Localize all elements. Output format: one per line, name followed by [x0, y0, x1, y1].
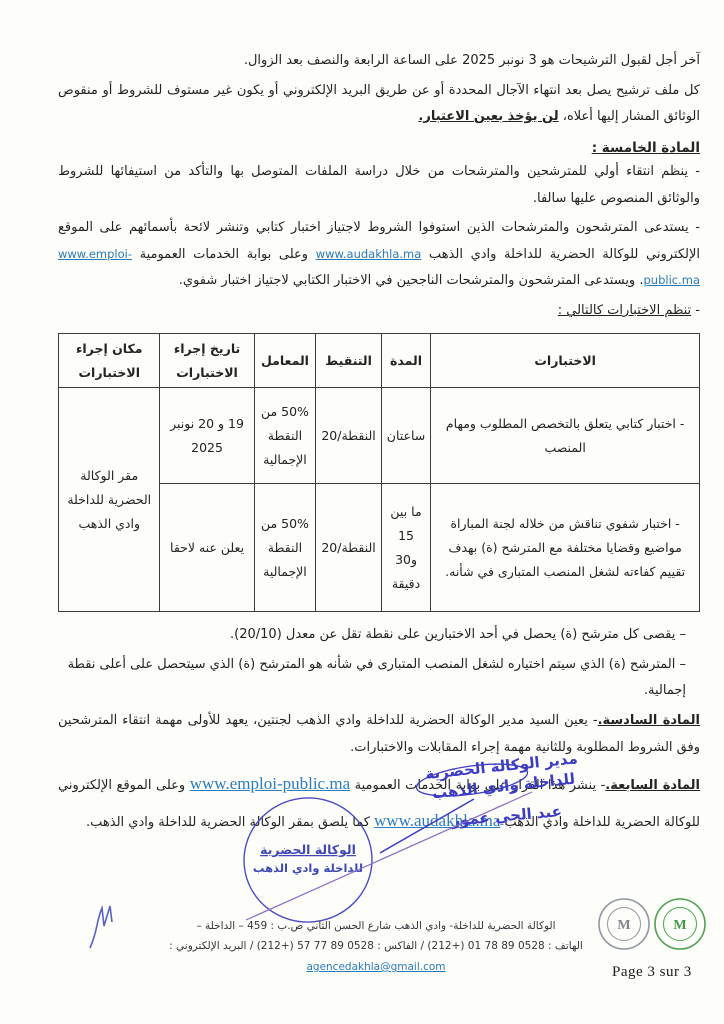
written-test-cell: - اختبار كتابي يتعلق بالتخصص المطلوب ومه…: [431, 388, 700, 484]
oral-duration-cell: ما بين 15 و30 دقيقة: [381, 484, 431, 612]
emploi-public-link-large[interactable]: www.emploi-public.ma: [190, 774, 350, 793]
iso14001-monogram: M: [673, 918, 686, 933]
bullet2-text-3: . ويستدعى المترشحون والمترشحات الناجحين …: [179, 273, 644, 288]
written-scoring-cell: النقطة/20: [316, 388, 381, 484]
article5-bullet1: - ينظم انتقاء أولي للمترشحين والمترشحات …: [58, 159, 700, 212]
article7-paragraph: المادة السابعة.- ينشر هذا القرار على بوا…: [58, 765, 700, 840]
note-elimination: – يقصى كل مترشح (ة) يحصل في أحد الاختبار…: [58, 622, 686, 648]
elimination-notes: – يقصى كل مترشح (ة) يحصل في أحد الاختبار…: [58, 622, 686, 704]
oral-coefficient-cell: 50% من النقطة الإجمالية: [254, 484, 316, 612]
exams-table: الاختبارات المدة التنقيط المعامل تاريخ إ…: [58, 333, 700, 613]
table-header-row: الاختبارات المدة التنقيط المعامل تاريخ إ…: [59, 333, 700, 388]
header-place: مكان إجراء الاختبارات: [59, 333, 160, 388]
article6-title: المادة السادسة.: [598, 713, 700, 728]
exams-line-dash: -: [691, 303, 700, 318]
header-scoring: التنقيط: [316, 333, 381, 388]
header-date: تاريخ إجراء الاختبارات: [160, 333, 254, 388]
deadline-text: آخر أجل لقبول الترشيحات هو 3 نونبر 2025 …: [244, 53, 700, 68]
table-row: - اختبار كتابي يتعلق بالتخصص المطلوب ومه…: [59, 388, 700, 484]
deadline-paragraph: آخر أجل لقبول الترشيحات هو 3 نونبر 2025 …: [58, 48, 700, 75]
written-duration-cell: ساعتان: [381, 388, 431, 484]
oral-date-cell: يعلن عنه لاحقا: [160, 484, 254, 612]
footer: الوكالة الحضرية للداخلة- وادي الذهب شارع…: [104, 916, 648, 977]
oral-test-cell: - اختبار شفوي تناقش من خلاله لجنة المبار…: [431, 484, 700, 612]
document-page: { "colors": { "stamp_blue": "#3d3cc4", "…: [0, 0, 724, 1024]
exams-line-text: تنظم الاختبارات كالتالي :: [558, 303, 691, 318]
round-stamp-center-line2: للداخلة وادي الذهب: [253, 861, 363, 876]
footer-contact-text: الهاتف : 0528 89 78 01 (+212) / الفاكس :…: [169, 940, 583, 952]
iso9001-ring-text: MOODY CERTIFICATION • ISO 9001 •: [596, 896, 599, 898]
article6-paragraph: المادة السادسة.- يعين السيد مدير الوكالة…: [58, 708, 700, 761]
article5-title: المادة الخامسة :: [58, 140, 700, 156]
document-content: آخر أجل لقبول الترشيحات هو 3 نونبر 2025 …: [0, 0, 724, 839]
header-coefficient: المعامل: [254, 333, 316, 388]
footer-address-line: الوكالة الحضرية للداخلة- وادي الذهب شارع…: [104, 916, 648, 936]
article7-body-1: - ينشر هذا القرار على بوابة الخدمات العم…: [350, 778, 605, 793]
header-duration: المدة: [381, 333, 431, 388]
late-files-paragraph: كل ملف ترشيح يصل بعد انتهاء الآجال المحد…: [58, 78, 700, 131]
oral-scoring-cell: النقطة/20: [316, 484, 381, 612]
exam-place-cell: مقر الوكالة الحضرية للداخلة وادي الذهب: [59, 388, 160, 612]
audakhla-link[interactable]: www.audakhla.ma: [316, 247, 422, 261]
exams-organized-line: - تنظم الاختبارات كالتالي :: [58, 298, 700, 325]
article5-bullet2: - يستدعى المترشحون والمترشحات الذين استو…: [58, 215, 700, 295]
iso14001-ring-text: MOODY CERTIFICATION • ISO 14001 •: [596, 896, 599, 898]
not-considered-text: لن يؤخذ بعين الاعتبار.: [418, 109, 558, 124]
written-coefficient-cell: 50% من النقطة الإجمالية: [254, 388, 316, 484]
article7-title: المادة السابعة.: [605, 778, 700, 793]
note-selection: – المترشح (ة) الذي سيتم اختياره لشغل الم…: [58, 652, 686, 704]
audakhla-link-large[interactable]: www.audakhla.ma: [374, 811, 500, 830]
late-files-text: كل ملف ترشيح يصل بعد انتهاء الآجال المحد…: [58, 83, 700, 125]
round-stamp-center-line1: الوكالة الحضرية: [260, 842, 356, 857]
footer-contact-line: الهاتف : 0528 89 78 01 (+212) / الفاكس :…: [104, 936, 648, 977]
bullet2-text-2: وعلى بوابة الخدمات العمومية: [132, 247, 316, 262]
written-date-cell: 19 و 20 نونبر 2025: [160, 388, 254, 484]
article7-body-3: كما يلصق بمقر الوكالة الحضرية للداخلة وا…: [86, 815, 374, 830]
footer-email-link[interactable]: agencedakhla@gmail.com: [306, 961, 445, 973]
header-tests: الاختبارات: [431, 333, 700, 388]
